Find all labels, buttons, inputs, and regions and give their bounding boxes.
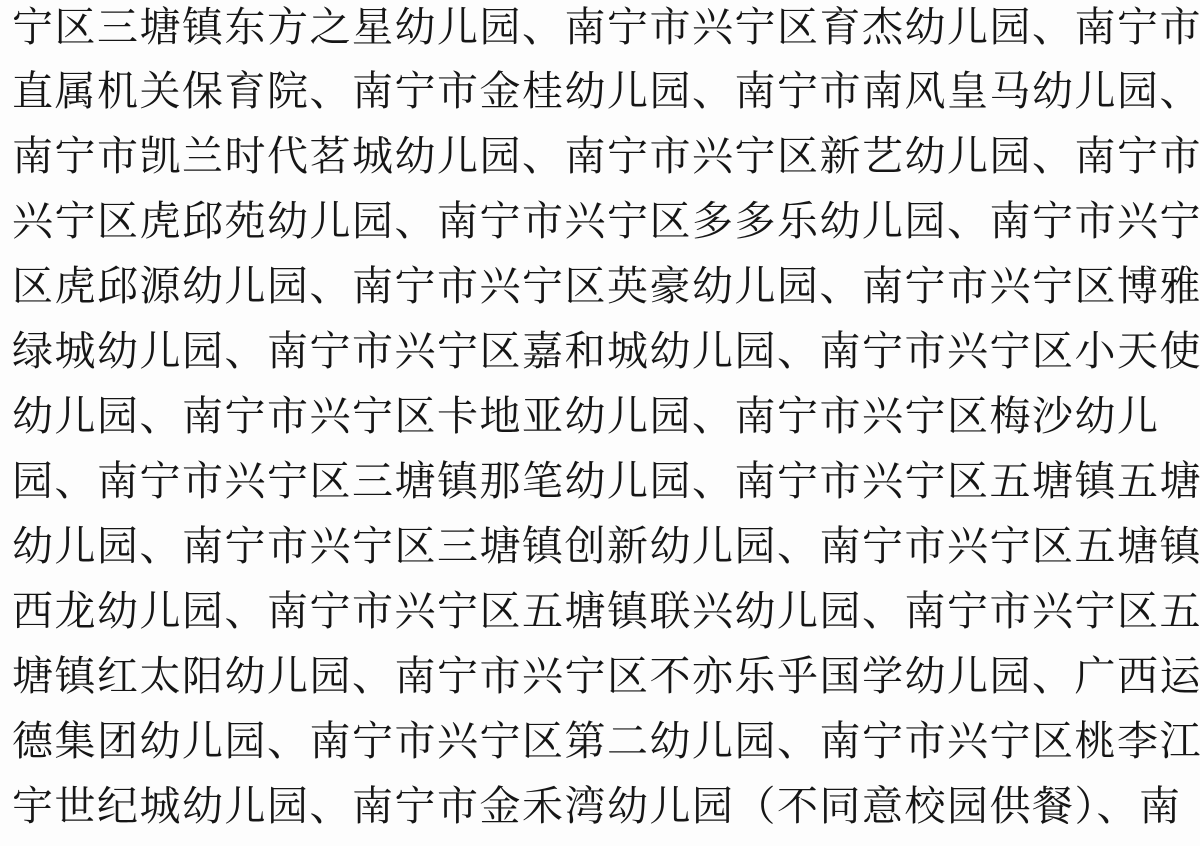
scanned-document-page: 宁区三塘镇东方之星幼儿园、南宁市兴宁区育杰幼儿园、南宁市 直属机关保育院、南宁市…	[0, 0, 1200, 846]
text-line-10: 西龙幼儿园、南宁市兴宁区五塘镇联兴幼儿园、南宁市兴宁区五	[12, 586, 1200, 636]
text-line-1: 宁区三塘镇东方之星幼儿园、南宁市兴宁区育杰幼儿园、南宁市	[12, 2, 1200, 52]
text-line-8: 园、南宁市兴宁区三塘镇那笔幼儿园、南宁市兴宁区五塘镇五塘	[12, 456, 1200, 506]
text-line-5: 区虎邱源幼儿园、南宁市兴宁区英豪幼儿园、南宁市兴宁区博雅	[12, 261, 1200, 311]
text-line-13: 宇世纪城幼儿园、南宁市金禾湾幼儿园（不同意校园供餐）、南	[12, 781, 1182, 831]
text-line-9: 幼儿园、南宁市兴宁区三塘镇创新幼儿园、南宁市兴宁区五塘镇	[12, 521, 1200, 571]
text-line-6: 绿城幼儿园、南宁市兴宁区嘉和城幼儿园、南宁市兴宁区小天使	[12, 326, 1200, 376]
text-line-3: 南宁市凯兰时代茗城幼儿园、南宁市兴宁区新艺幼儿园、南宁市	[12, 131, 1200, 181]
text-line-12: 德集团幼儿园、南宁市兴宁区第二幼儿园、南宁市兴宁区桃李江	[12, 716, 1200, 766]
text-line-7: 幼儿园、南宁市兴宁区卡地亚幼儿园、南宁市兴宁区梅沙幼儿	[12, 391, 1160, 441]
text-line-2: 直属机关保育院、南宁市金桂幼儿园、南宁市南风皇马幼儿园、	[12, 66, 1200, 116]
text-line-4: 兴宁区虎邱苑幼儿园、南宁市兴宁区多多乐幼儿园、南宁市兴宁	[12, 196, 1200, 246]
text-line-11: 塘镇红太阳幼儿园、南宁市兴宁区不亦乐乎国学幼儿园、广西运	[12, 651, 1200, 701]
